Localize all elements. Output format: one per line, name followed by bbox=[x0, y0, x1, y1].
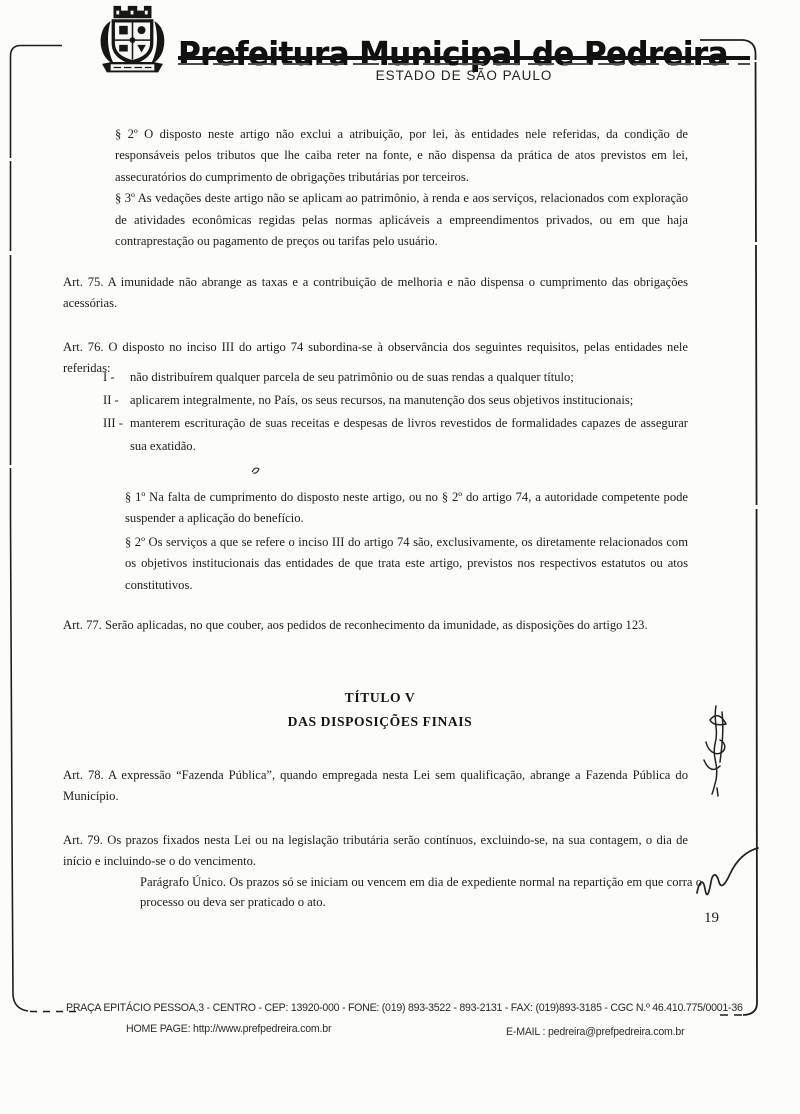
list-item: I - não distribuírem qualquer parcela de… bbox=[103, 366, 688, 389]
article-78: Art. 78. A expressão “Fazenda Pública”, … bbox=[63, 765, 688, 808]
article-76-item-list: I - não distribuírem qualquer parcela de… bbox=[103, 366, 688, 458]
article-75: Art. 75. A imunidade não abrange as taxa… bbox=[63, 272, 688, 315]
paragraph-sec2-art76: § 2º Os serviços a que se refere o incis… bbox=[125, 532, 688, 597]
list-item-marker: III - bbox=[103, 412, 130, 458]
paragrafo-unico: Parágrafo Único. Os prazos só se iniciam… bbox=[140, 872, 702, 912]
list-item: II - aplicarem integralmente, no País, o… bbox=[103, 389, 688, 412]
document-page: Prefeitura Municipal de Pedreira ESTADO … bbox=[0, 0, 800, 1114]
article-77: Art. 77. Serão aplicadas, no que couber,… bbox=[63, 615, 688, 637]
titulo-v-label: TÍTULO V bbox=[0, 686, 760, 710]
paragraph-sec1-art76: § 1º Na falta de cumprimento do disposto… bbox=[125, 487, 688, 530]
handwritten-signature-flourish bbox=[697, 848, 758, 895]
list-item-marker: II - bbox=[103, 389, 130, 412]
list-item-text: manterem escrituração de suas receitas e… bbox=[130, 412, 688, 458]
footer-email: E-MAIL : pedreira@prefpedreira.com.br bbox=[506, 1026, 684, 1038]
title-v-heading: TÍTULO V DAS DISPOSIÇÕES FINAIS bbox=[0, 686, 760, 733]
list-item: III - manterem escrituração de suas rece… bbox=[103, 412, 688, 458]
disposicoes-finais-label: DAS DISPOSIÇÕES FINAIS bbox=[0, 710, 760, 734]
state-subtitle: ESTADO DE SÃO PAULO bbox=[178, 68, 750, 83]
article-79: Art. 79. Os prazos fixados nesta Lei ou … bbox=[63, 830, 688, 873]
list-item-marker: I - bbox=[103, 366, 130, 389]
coat-of-arms-logo bbox=[84, 4, 181, 80]
paragraph-sec3-art74: § 3º As vedações deste artigo não se apl… bbox=[115, 188, 688, 253]
title-rule-thick bbox=[178, 56, 750, 60]
stray-pen-tick bbox=[252, 468, 259, 473]
footer-homepage: HOME PAGE: http://www.prefpedreira.com.b… bbox=[126, 1023, 331, 1035]
title-rule-thin bbox=[178, 63, 750, 65]
footer-address-line: PRAÇA EPITÁCIO PESSOA,3 - CENTRO - CEP: … bbox=[66, 1002, 743, 1014]
list-item-text: aplicarem integralmente, no País, os seu… bbox=[130, 389, 688, 412]
page-number: 19 bbox=[704, 910, 719, 927]
paragraph-sec2-art74: § 2º O disposto neste artigo não exclui … bbox=[115, 124, 688, 189]
list-item-text: não distribuírem qualquer parcela de seu… bbox=[130, 366, 688, 389]
